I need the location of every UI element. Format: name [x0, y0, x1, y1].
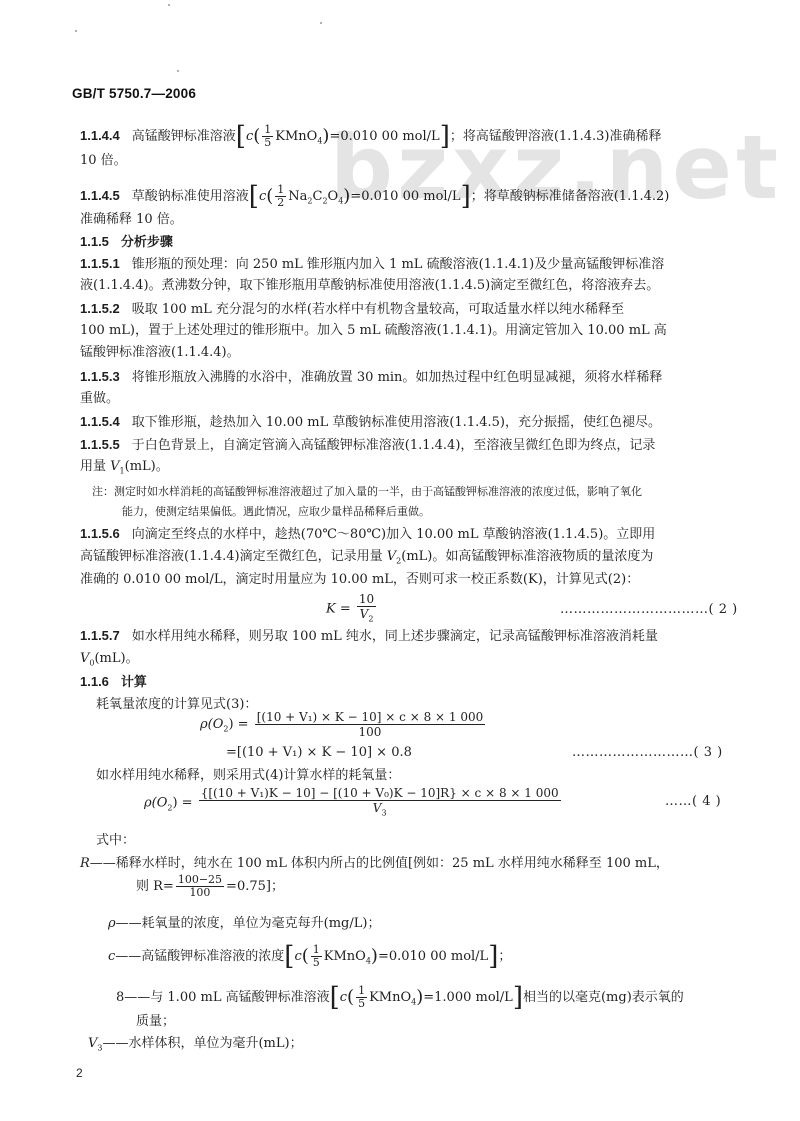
section-text: 用量 [80, 459, 110, 474]
equation-3: ρ(O2) = [(10 + V₁) × K − 10] × c × 8 × 1… [200, 710, 487, 739]
section-1-1-5-6-line3: 准确的 0.010 00 mol/L，滴定时用量应为 10.00 mL，否则可求… [80, 572, 639, 588]
fraction: 15 [311, 944, 322, 969]
formula-symbol: c [294, 949, 301, 964]
section-1-1-5-3: 1.1.5.3将锥形瓶放入沸腾的水浴中，准确放置 30 min。如加热过程中红色… [80, 369, 662, 386]
equation-lhs: ρ(O [200, 717, 223, 732]
chemical-formula: Na [288, 189, 307, 204]
chemical-formula: KMnO [324, 949, 366, 964]
fraction: {[(10 + V₁)K − 10] − [(10 + V₀)K − 10]R}… [199, 786, 561, 820]
fraction: [(10 + V₁) × K − 10] × c × 8 × 1 000100 [255, 710, 486, 739]
definition-eight-line2: 质量； [136, 1014, 175, 1030]
concentration-value: =0.010 00 mol/L [329, 129, 439, 144]
document-page: bzxz.net GB/T 5750.7—2006 1.1.4.4高锰酸钾标准溶… [0, 0, 800, 1121]
section-title: 分析步骤 [121, 235, 173, 250]
section-1-1-5-4: 1.1.5.4取下锥形瓶，趁热加入 10.00 mL 草酸钠标准使用溶液(1.1… [80, 414, 661, 431]
equation-lhs: K = [326, 602, 351, 617]
chemical-formula: O [328, 189, 339, 204]
definition-c: c——高锰酸钾标准溶液的浓度[c(15KMnO4)=0.010 00 mol/L… [108, 944, 511, 970]
definition-rho: ρ——耗氧量的浓度，单位为毫克每升(mg/L)； [108, 916, 380, 932]
variable: V [360, 607, 369, 621]
concentration-value: =0.010 00 mol/L [378, 949, 488, 964]
section-text: 高锰酸钾标准溶液(1.1.4.4)滴定至微红色，记录用量 [80, 549, 387, 564]
section-number: 1.1.5.3 [80, 369, 120, 384]
definition-V3: V3——水样体积，单位为毫升(mL)； [88, 1036, 303, 1057]
bracket-close: ] [440, 122, 450, 152]
section-1-1-4-5: 1.1.4.5草酸钠标准使用溶液[c(12Na2C2O4)=0.010 00 m… [80, 184, 669, 210]
bracket-open: [ [284, 942, 294, 972]
subscript: 2 [368, 614, 373, 623]
fraction: 100−25100 [176, 874, 224, 899]
section-number: 1.1.4.4 [80, 128, 120, 143]
equation-3-label: ………………………( 3 ) [572, 745, 723, 760]
section-text: ；将草酸钠标准储备溶液(1.1.4.2) [471, 189, 670, 204]
section-1-1-4-4-cont: 10 倍。 [80, 153, 127, 169]
subscript: 3 [381, 808, 386, 817]
section-text: 将锥形瓶放入沸腾的水浴中，准确放置 30 min。如加热过程中红色明显减褪，须将… [132, 370, 663, 385]
variable: R [80, 856, 90, 871]
section-number: 1.1.5.2 [80, 301, 120, 316]
section-1-1-5-1-line2: 液(1.1.4.4)。煮沸数分钟，取下锥形瓶用草酸钠标准使用溶液(1.1.4.5… [80, 278, 659, 294]
scan-speck [75, 30, 77, 32]
bracket-close: ] [461, 182, 471, 212]
where-label: 式中： [96, 833, 135, 849]
scan-speck [177, 70, 179, 72]
paren-close: ) [371, 946, 378, 967]
section-text: 吸取 100 mL 充分混匀的水样(若水样中有机物含量较高，可取适量水样以纯水稀… [132, 302, 624, 317]
equation-3-line2: =[(10 + V₁) × K − 10] × 0.8 [226, 745, 412, 760]
definition-text: ——稀释水样时，纯水在 100 mL 体积内所占的比例值[例如：25 mL 水样… [90, 856, 669, 871]
section-number: 1.1.4.5 [80, 188, 120, 203]
variable: V [80, 651, 89, 666]
bracket-open: [ [249, 182, 259, 212]
bracket-close: ] [488, 942, 498, 972]
dilution-intro: 如水样用纯水稀释，则采用式(4)计算水样的耗氧量： [96, 768, 400, 784]
chemical-formula: KMnO [369, 990, 411, 1005]
definition-R: R——稀释水样时，纯水在 100 mL 体积内所占的比例值[例如：25 mL 水… [80, 856, 669, 872]
section-number: 1.1.6 [80, 674, 109, 689]
section-title: 计算 [121, 675, 147, 690]
fraction-denominator: 5 [356, 998, 367, 1010]
equation-2: K = 10V2 [326, 592, 378, 626]
paren-open: ( [302, 946, 309, 967]
fraction-denominator: 2 [275, 197, 286, 209]
section-1-1-4-4: 1.1.4.4高锰酸钾标准溶液[c(15KMnO4)=0.010 00 mol/… [80, 124, 661, 150]
section-1-1-5-7-line2: V0(mL)。 [80, 651, 139, 672]
chemical-formula: KMnO [275, 129, 317, 144]
fraction-numerator: 10 [357, 592, 376, 607]
section-text: 向滴定至终点的水样中，趁热(70℃～80℃)加入 10.00 mL 草酸钠溶液(… [132, 527, 656, 542]
fraction-denominator: 100 [255, 725, 486, 739]
definition-text: ——耗氧量的浓度，单位为毫克每升(mg/L)； [116, 916, 381, 931]
section-text: 草酸钠标准使用溶液 [132, 189, 249, 204]
equation-lhs: ρ(O [144, 796, 167, 811]
fraction: 10V2 [357, 592, 376, 626]
definition-text: ； [498, 949, 511, 964]
variable: V [110, 459, 119, 474]
definition-R-line2: 则 R=100−25100=0.75]； [136, 874, 284, 899]
fraction-denominator: V2 [357, 607, 376, 626]
section-1-1-5-6-line2: 高锰酸钾标准溶液(1.1.4.4)滴定至微红色，记录用量 V2(mL)。如高锰酸… [80, 549, 653, 570]
fraction: 12 [275, 184, 286, 209]
bracket-close: ] [513, 983, 523, 1013]
fraction: 15 [262, 124, 273, 149]
definition-text: =0.75]； [226, 879, 284, 894]
equation-4: ρ(O2) = {[(10 + V₁)K − 10] − [(10 + V₀)K… [144, 786, 563, 820]
section-text: 于白色背景上，自滴定管滴入高锰酸钾标准溶液(1.1.4.4)，至溶液呈微红色即为… [132, 438, 656, 453]
note-line2: 能力，使测定结果偏低。遇此情况，应取少量样品稀释后重做。 [122, 504, 430, 520]
note-line1: 注：测定时如水样消耗的高锰酸钾标准溶液超过了加入量的一半，由于高锰酸钾标准溶液的… [92, 484, 642, 500]
section-1-1-5-5: 1.1.5.5于白色背景上，自滴定管滴入高锰酸钾标准溶液(1.1.4.4)，至溶… [80, 437, 655, 454]
section-1-1-5-6: 1.1.5.6向滴定至终点的水样中，趁热(70℃～80℃)加入 10.00 mL… [80, 526, 655, 543]
section-text: 取下锥形瓶，趁热加入 10.00 mL 草酸钠标准使用溶液(1.1.4.5)，充… [132, 415, 661, 430]
section-text: (mL)。 [94, 651, 138, 666]
chemical-formula: C [312, 189, 322, 204]
formula-symbol: c [340, 990, 347, 1005]
paren-open: ( [253, 126, 260, 147]
equation-4-label: ……( 4 ) [665, 794, 721, 809]
section-1-1-4-5-cont: 准确稀释 10 倍。 [80, 212, 183, 228]
equation-lhs: ) = [228, 717, 248, 732]
definition-text: 则 R= [136, 879, 174, 894]
definition-text: ——高锰酸钾标准溶液的浓度 [115, 949, 284, 964]
paren-open: ( [347, 987, 354, 1008]
fraction-denominator: 5 [262, 137, 273, 149]
section-text: (mL)。如高锰酸钾标准溶液物质的量浓度为 [401, 549, 653, 564]
section-text: (mL)。 [125, 459, 169, 474]
section-number: 1.1.5.4 [80, 414, 120, 429]
section-number: 1.1.5.5 [80, 437, 120, 452]
scan-speck [320, 22, 322, 24]
section-number: 1.1.5.1 [80, 256, 120, 271]
section-number: 1.1.5 [80, 234, 109, 249]
section-heading-1-1-5: 1.1.5分析步骤 [80, 234, 173, 251]
section-1-1-5-5-line2: 用量 V1(mL)。 [80, 459, 169, 480]
section-text: ；将高锰酸钾溶液(1.1.4.3)准确稀释 [450, 129, 662, 144]
fraction-numerator: [(10 + V₁) × K − 10] × c × 8 × 1 000 [255, 710, 486, 725]
section-text: 锥形瓶的预处理：向 250 mL 锥形瓶内加入 1 mL 硫酸溶液(1.1.4.… [132, 257, 664, 272]
section-number: 1.1.5.6 [80, 526, 120, 541]
scan-speck [168, 4, 170, 6]
variable: V [88, 1036, 97, 1051]
standard-id-header: GB/T 5750.7—2006 [72, 86, 196, 101]
fraction: 15 [356, 985, 367, 1010]
section-1-1-5-2-line2: 100 mL)，置于上述处理过的锥形瓶中。加入 5 mL 硫酸溶液(1.1.4.… [80, 323, 667, 339]
section-1-1-5-2-line3: 锰酸钾标准溶液(1.1.4.4)。 [80, 345, 240, 361]
fraction-numerator: {[(10 + V₁)K − 10] − [(10 + V₀)K − 10]R}… [199, 786, 561, 801]
variable: ρ [108, 916, 116, 931]
section-text: 高锰酸钾标准溶液 [132, 129, 236, 144]
definition-text: ——与 1.00 mL 高锰酸钾标准溶液 [124, 990, 329, 1005]
section-1-1-5-3-line2: 重做。 [80, 391, 119, 407]
equation-2-label: ……………………………( 2 ) [560, 602, 738, 617]
paren-open: ( [266, 186, 273, 207]
section-text: 如水样用纯水稀释，则另取 100 mL 纯水，同上述步骤滴定，记录高锰酸钾标准溶… [132, 629, 658, 644]
variable: V [387, 549, 396, 564]
concentration-value: =0.010 00 mol/L [350, 189, 460, 204]
bracket-open: [ [236, 122, 246, 152]
fraction-denominator: V3 [199, 801, 561, 820]
definition-text: ——水样体积，单位为毫升(mL)； [102, 1036, 302, 1051]
section-1-1-5-7: 1.1.5.7如水样用纯水稀释，则另取 100 mL 纯水，同上述步骤滴定，记录… [80, 628, 658, 645]
fraction-denominator: 100 [176, 887, 224, 899]
section-number: 1.1.5.7 [80, 628, 120, 643]
definition-eight: 8——与 1.00 mL 高锰酸钾标准溶液[c(15KMnO4)=1.000 m… [116, 985, 684, 1011]
concentration-value: =1.000 mol/L [423, 990, 513, 1005]
section-heading-1-1-6: 1.1.6计算 [80, 674, 147, 691]
section-1-1-5-1: 1.1.5.1锥形瓶的预处理：向 250 mL 锥形瓶内加入 1 mL 硫酸溶液… [80, 256, 664, 273]
page-number: 2 [76, 1066, 83, 1080]
equation-lhs: ) = [172, 796, 192, 811]
section-1-1-5-2: 1.1.5.2吸取 100 mL 充分混匀的水样(若水样中有机物含量较高，可取适… [80, 301, 624, 318]
fraction-denominator: 5 [311, 957, 322, 969]
definition-text: 相当的以毫克(mg)表示氧的 [523, 990, 684, 1005]
bracket-open: [ [330, 983, 340, 1013]
